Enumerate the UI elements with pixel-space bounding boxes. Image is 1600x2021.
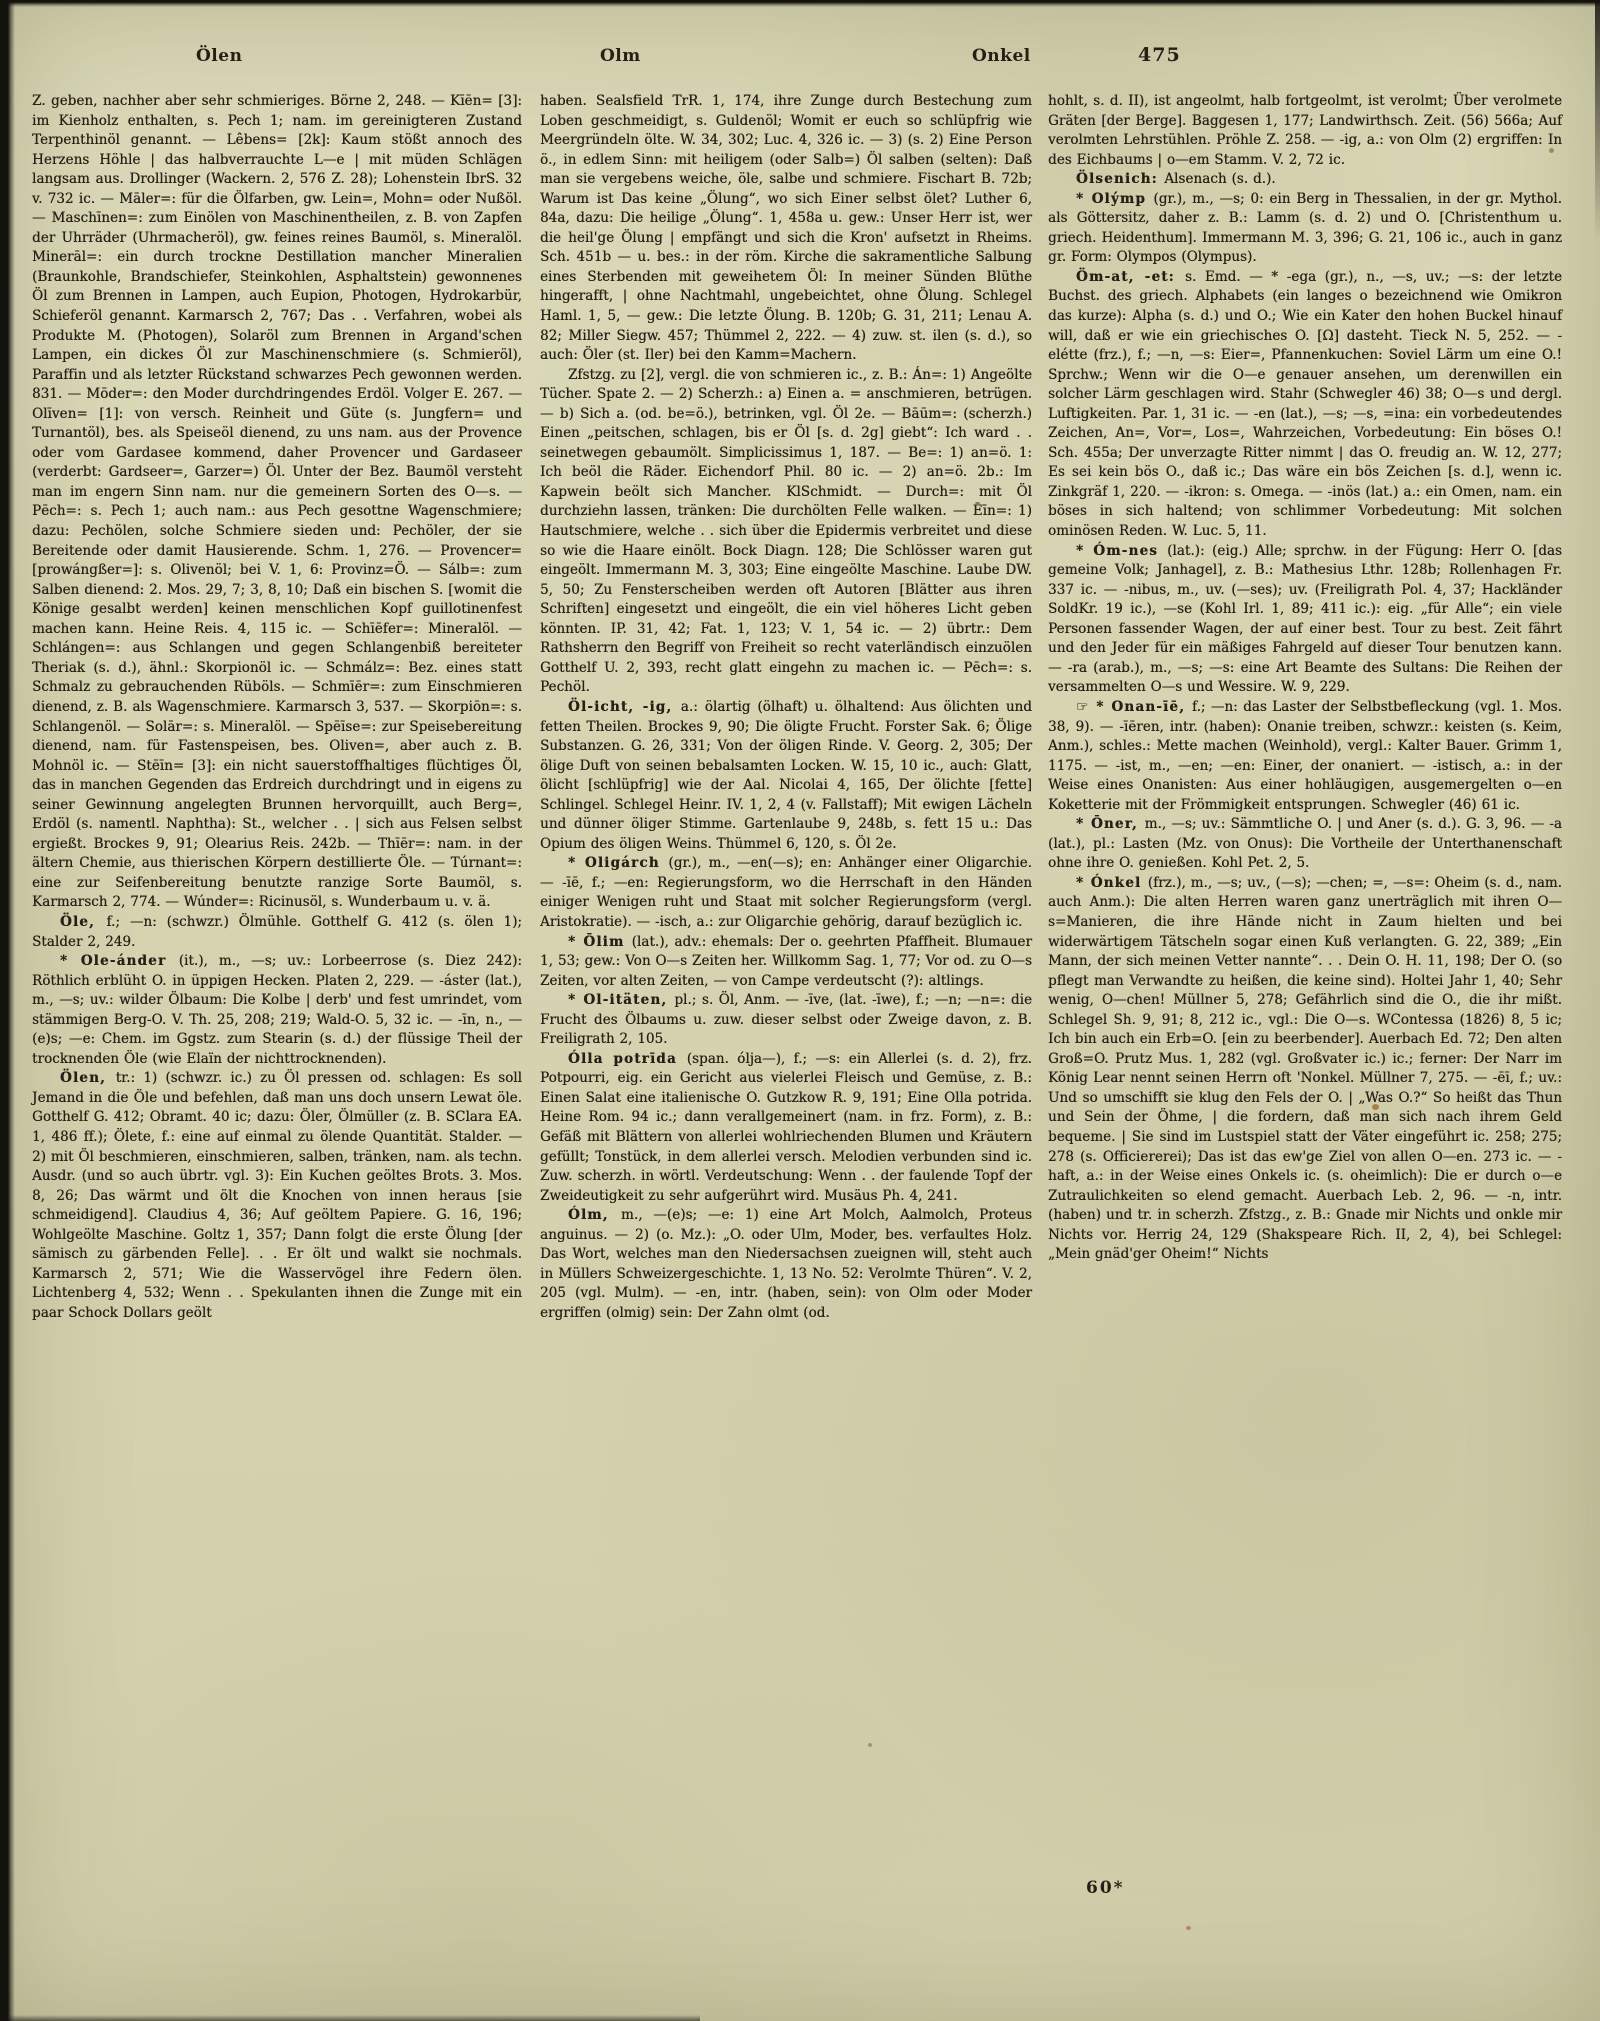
entry-paragraph: * Ónkel (frz.), m., —s; uv., (—s); —chen… (1048, 874, 1562, 1265)
scan-edge-top (0, 0, 1600, 7)
entry-paragraph: * Ole-ánder (it.), m., —s; uv.: Lorbeerr… (32, 952, 522, 1069)
entry-paragraph: haben. Sealsfield TrR. 1, 174, ihre Zung… (540, 92, 1032, 366)
entry-paragraph: Ólla potrīda (span. ólja—), f.; —s: ein … (540, 1050, 1032, 1206)
entry-headword: Öl-icht, -ig, (568, 699, 681, 715)
entry-headword: Öm-at, -et: (1076, 269, 1185, 285)
scan-edge-bottom (0, 2015, 700, 2021)
entry-paragraph: Zfstzg. zu [2], vergl. die von schmieren… (540, 366, 1032, 698)
entry-headword: * Ōner, (1076, 816, 1145, 832)
entry-paragraph: * Ōner, m., —s; uv.: Sämmtliche O. | und… (1048, 815, 1562, 874)
running-head-right: Onkel (972, 46, 1031, 66)
entry-paragraph: Öle, f.; —n: (schwzr.) Ölmühle. Gotthelf… (32, 913, 522, 952)
entry-paragraph: * Olýmp (gr.), m., —s; 0: ein Berg in Th… (1048, 190, 1562, 268)
foxing-speck (868, 1743, 872, 1747)
entry-headword: * Olýmp (1076, 191, 1153, 207)
text-column-2: haben. Sealsfield TrR. 1, 174, ihre Zung… (540, 92, 1032, 1323)
page-number: 475 (1138, 44, 1181, 66)
entry-headword: Ölen, (60, 1070, 116, 1086)
signature-mark: 60* (1086, 1878, 1125, 1898)
entry-paragraph: Öl-icht, -ig, a.: ölartig (ölhaft) u. öl… (540, 698, 1032, 854)
entry-paragraph: * Ōlim (lat.), adv.: ehemals: Der o. gee… (540, 933, 1032, 992)
entry-headword: Ölsenich: (1076, 171, 1164, 187)
entry-paragraph: Z. geben, nachher aber sehr schmieriges.… (32, 92, 522, 913)
entry-headword: * Oligárch (568, 855, 668, 871)
entry-headword: Ólm, (568, 1207, 621, 1223)
foxing-speck (1186, 1926, 1191, 1930)
entry-paragraph: * Ol-itäten, pl.; s. Öl, Anm. — -īve, (l… (540, 991, 1032, 1050)
running-head-left: Ölen (196, 46, 242, 66)
dictionary-page: Ölen Olm Onkel 475 Z. geben, nachher abe… (0, 0, 1600, 2021)
entry-paragraph: Ólm, m., —(e)s; —e: 1) eine Art Molch, A… (540, 1206, 1032, 1323)
entry-headword: ☞ * Onan-īē, (1076, 699, 1192, 715)
entry-headword: * Ónkel (1076, 875, 1148, 891)
entry-paragraph: hohlt, s. d. II), ist angeolmt, halb for… (1048, 92, 1562, 170)
entry-paragraph: * Óm-nes (lat.): (eig.) Alle; sprchw. in… (1048, 542, 1562, 698)
entry-paragraph: ☞ * Onan-īē, f.; —n: das Laster der Selb… (1048, 698, 1562, 815)
scan-edge-right (1595, 0, 1600, 240)
entry-headword: * Ole-ánder (60, 953, 179, 969)
entry-headword: * Óm-nes (1076, 543, 1167, 559)
entry-paragraph: Öm-at, -et: s. Emd. — * -ega (gr.), n., … (1048, 268, 1562, 542)
scan-edge-left (0, 0, 15, 2021)
entry-headword: Öle, (60, 914, 106, 930)
entry-headword: Ólla potrīda (568, 1051, 687, 1067)
running-head-center: Olm (600, 46, 641, 66)
entry-paragraph: Ölen, tr.: 1) (schwzr. ic.) zu Öl presse… (32, 1069, 522, 1323)
entry-headword: * Ōlim (568, 934, 632, 950)
entry-paragraph: * Oligárch (gr.), m., —en(—s); en: Anhän… (540, 854, 1032, 932)
entry-paragraph: Ölsenich: Alsenach (s. d.). (1048, 170, 1562, 190)
entry-headword: * Ol-itäten, (568, 992, 674, 1008)
text-column-1: Z. geben, nachher aber sehr schmieriges.… (32, 92, 522, 1323)
text-column-3: hohlt, s. d. II), ist angeolmt, halb for… (1048, 92, 1562, 1265)
